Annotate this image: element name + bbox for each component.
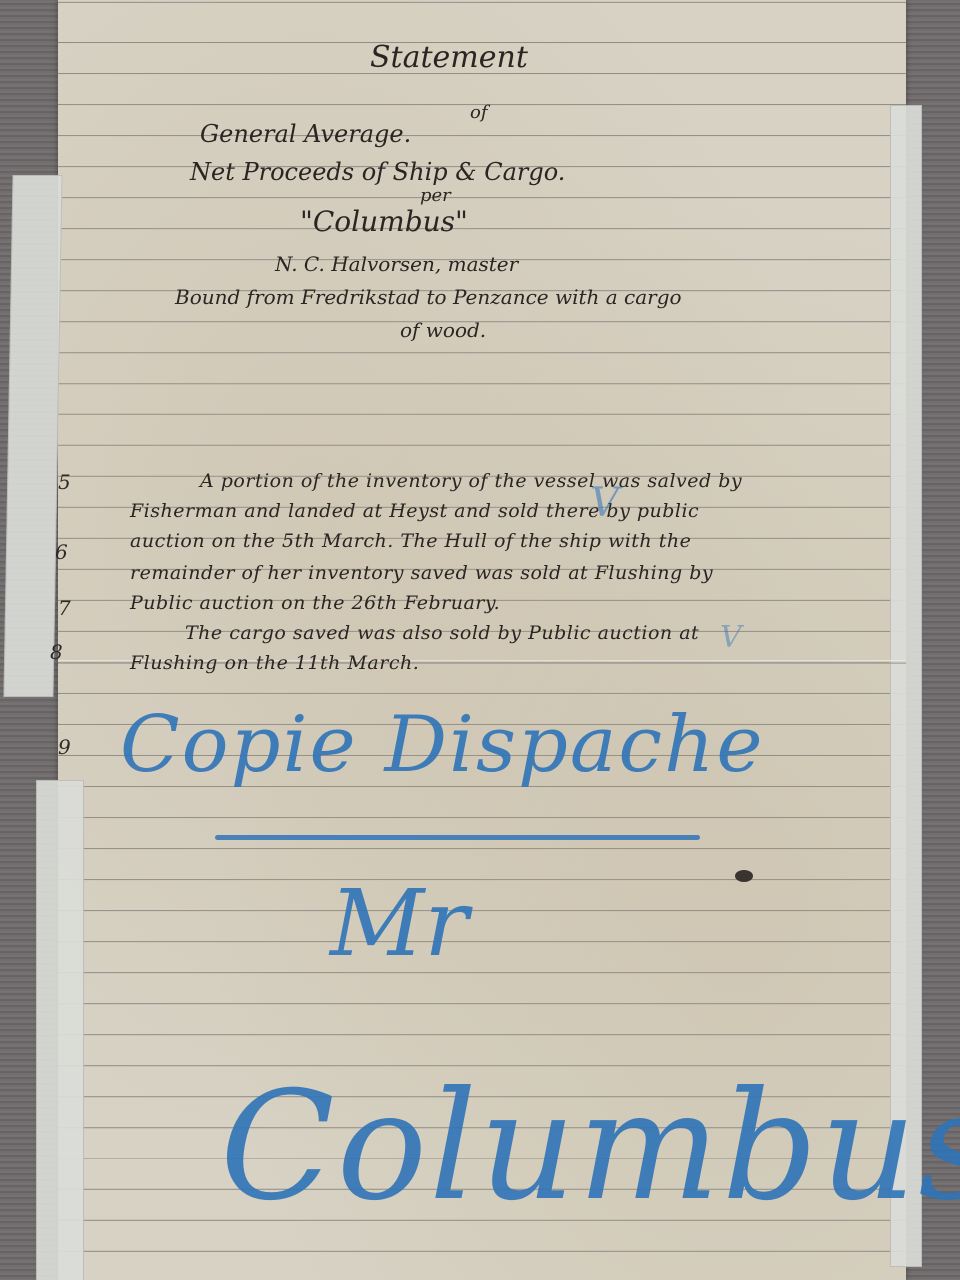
blue-underline-stroke xyxy=(215,835,700,840)
blue-check-mark-faint: V xyxy=(720,620,742,655)
route-line: Bound from Fredrikstad to Penzance with … xyxy=(175,285,682,309)
margin-number-9: 9 xyxy=(58,735,71,759)
ship-name-heading: "Columbus" xyxy=(300,205,468,238)
blue-check-mark: V xyxy=(590,480,619,526)
body-line-5: Public auction on the 26th February. xyxy=(130,592,500,614)
document-title: Statement xyxy=(370,40,528,75)
title-of: of xyxy=(470,102,488,123)
body-line-7: Flushing on the 11th March. xyxy=(130,652,419,674)
tape-strip-left-top xyxy=(3,175,62,697)
body-line-1: A portion of the inventory of the vessel… xyxy=(200,470,742,492)
body-line-6: The cargo saved was also sold by Public … xyxy=(185,622,699,644)
margin-number-8: 8 xyxy=(50,640,63,664)
margin-number-5: 5 xyxy=(58,470,71,494)
columbus-annotation: Columbus xyxy=(220,1060,960,1234)
general-average-heading: General Average. xyxy=(200,120,411,148)
margin-number-6: 6 xyxy=(55,540,68,564)
copy-dispache-annotation: Copie Dispache xyxy=(120,700,765,790)
cargo-line: of wood. xyxy=(400,318,486,342)
margin-number-7: 7 xyxy=(58,596,71,620)
mr-annotation: Mr xyxy=(330,870,468,977)
master-line: N. C. Halvorsen, master xyxy=(275,252,518,276)
per-label: per xyxy=(420,185,451,206)
net-proceeds-heading: Net Proceeds of Ship & Cargo. xyxy=(190,158,565,186)
ink-stain xyxy=(735,870,753,882)
body-line-3: auction on the 5th March. The Hull of th… xyxy=(130,530,691,552)
body-line-4: remainder of her inventory saved was sol… xyxy=(130,562,713,584)
tape-strip-left-bottom xyxy=(36,780,84,1280)
